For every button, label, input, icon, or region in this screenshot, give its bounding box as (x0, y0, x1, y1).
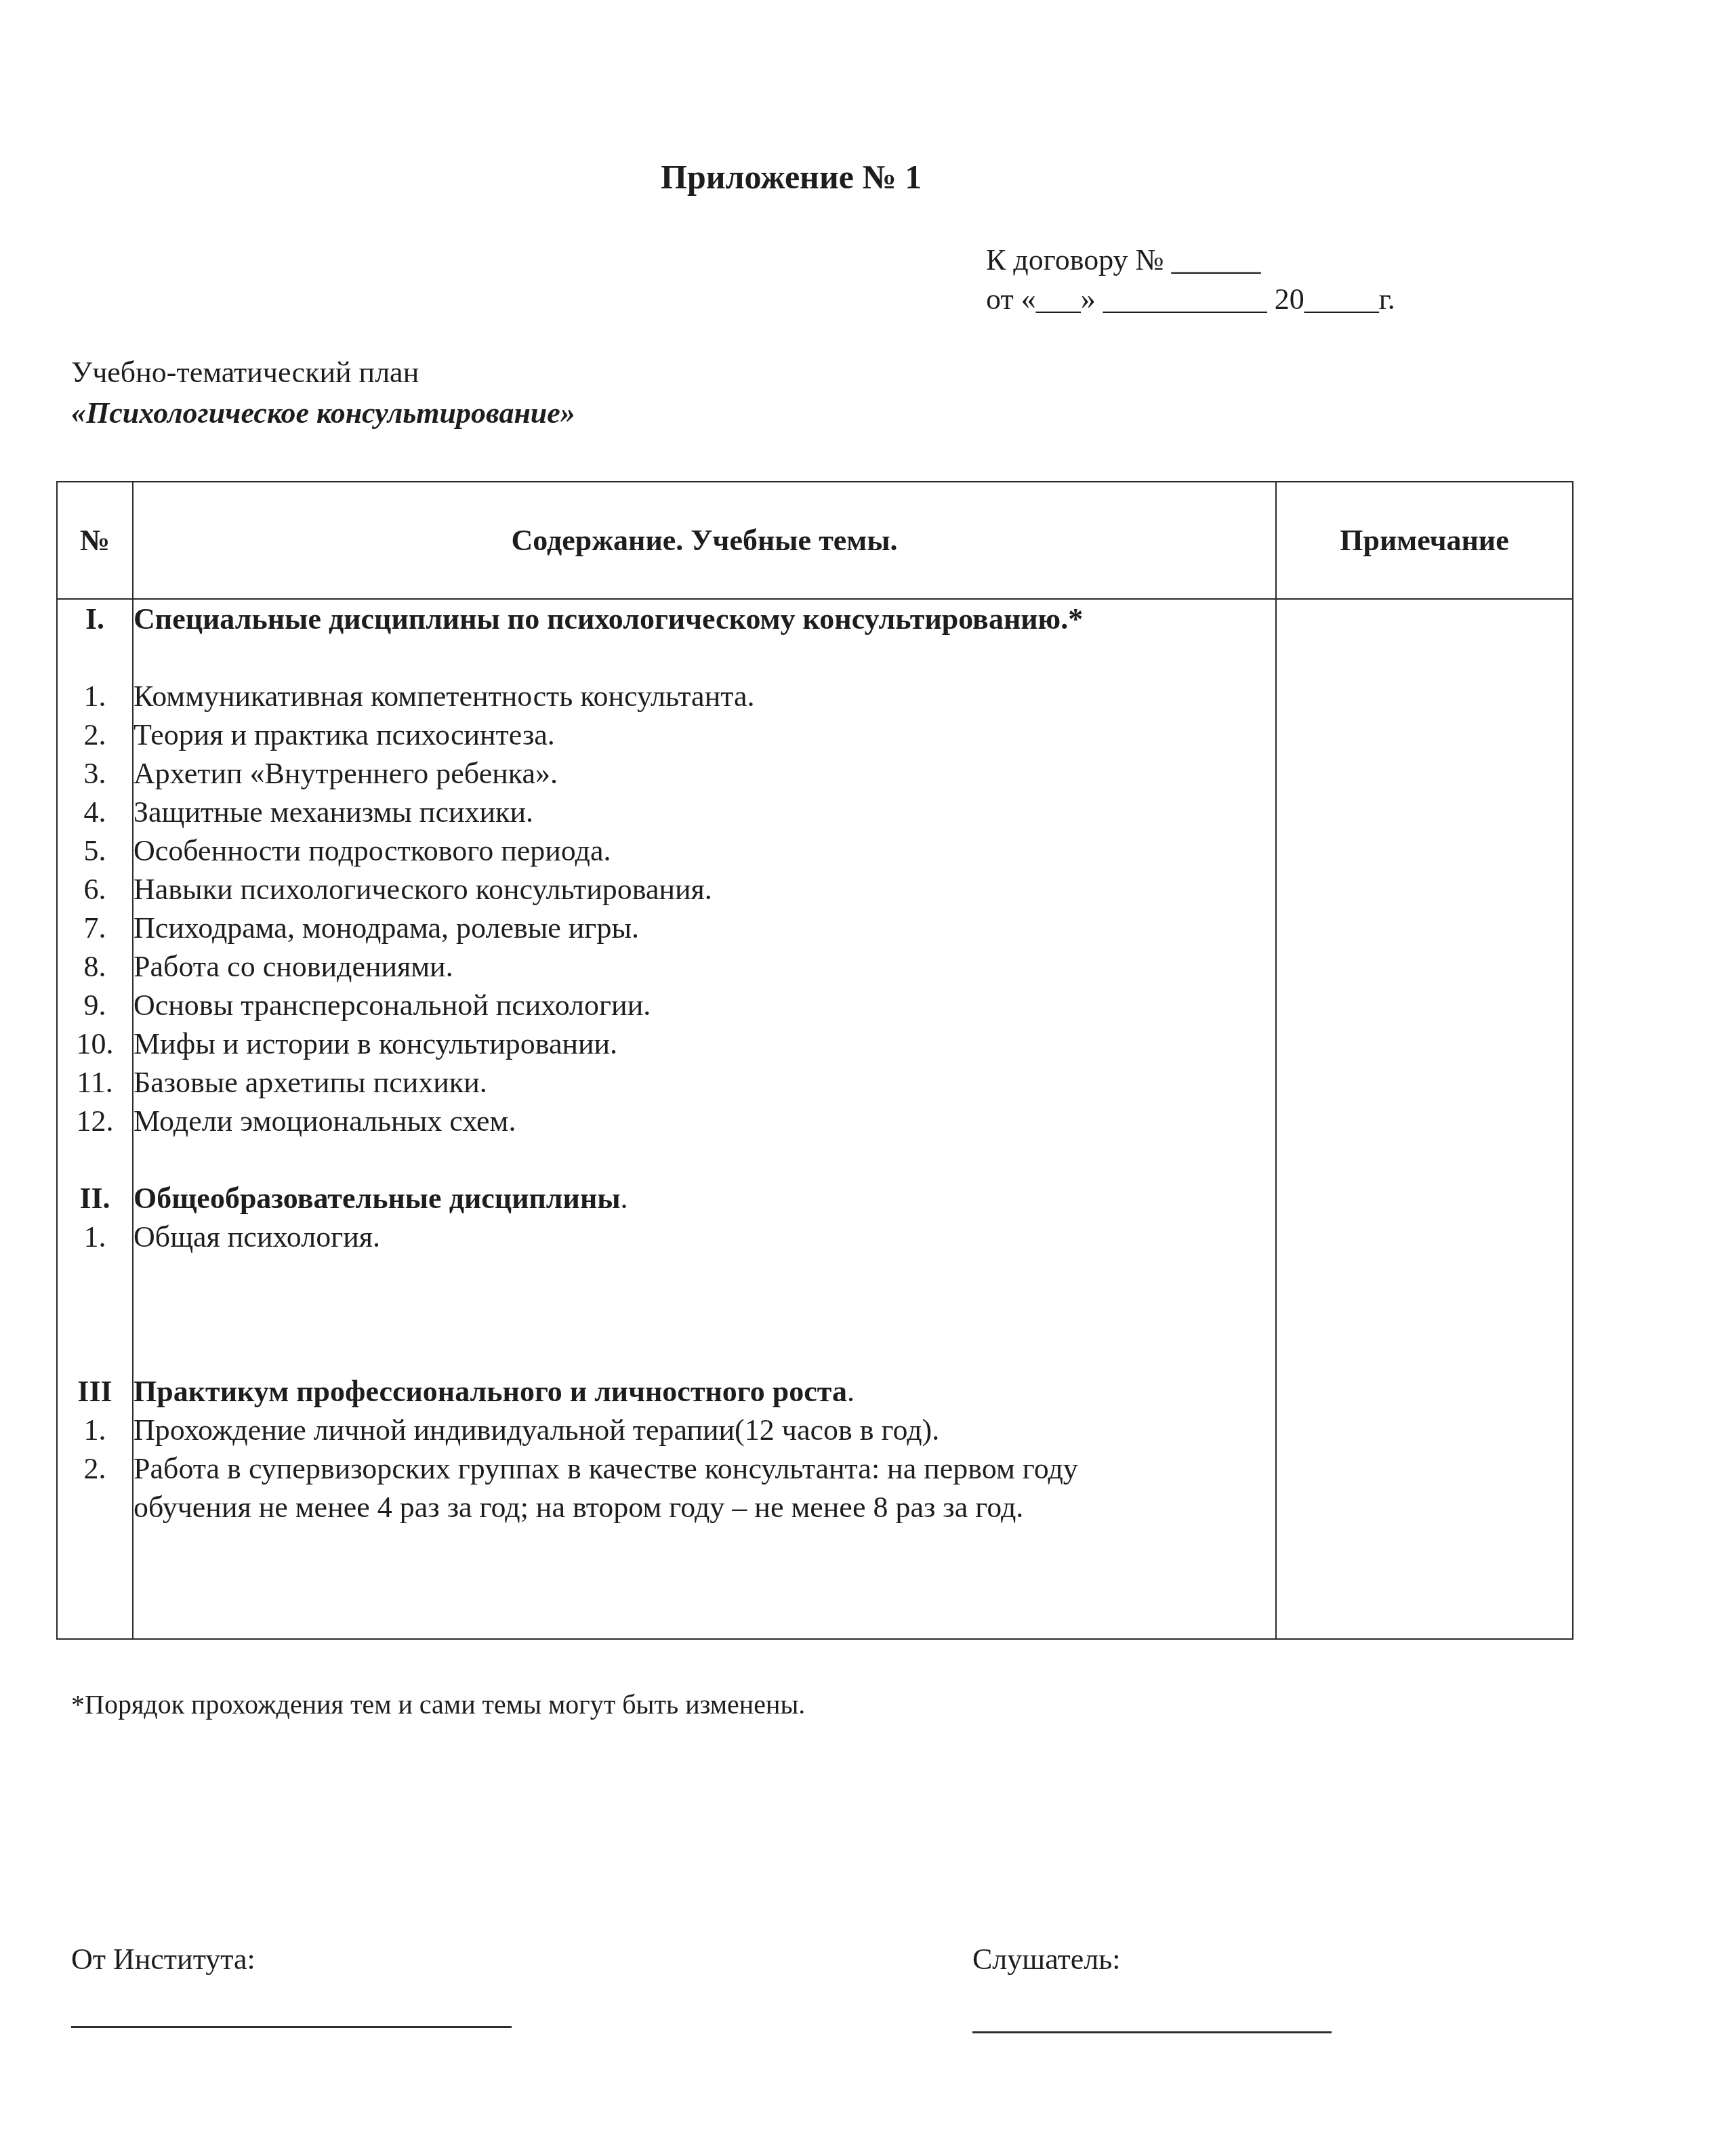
header-note: Примечание (1276, 482, 1573, 599)
item-number: 10. (58, 1024, 132, 1063)
footnote: *Порядок прохождения тем и сами темы мог… (71, 1688, 805, 1720)
header-number: № (57, 482, 133, 599)
section-heading: Общеобразовательные дисциплины. (133, 1179, 1275, 1218)
section-number: I. (58, 600, 132, 638)
topic-item: Коммуникативная компетентность консульта… (133, 677, 1275, 716)
item-number: 1. (58, 677, 132, 716)
institute-signature-line (71, 2026, 512, 2028)
topic-item: Прохождение личной индивидуальной терапи… (133, 1411, 1275, 1449)
item-number: 11. (58, 1063, 132, 1102)
student-signature-label: Слушатель: (972, 1942, 1121, 1976)
section-heading: Практикум профессионального и личностног… (133, 1372, 1275, 1411)
contract-number-line: К договору № ______ (986, 241, 1395, 280)
topic-item: Модели эмоциональных схем. (133, 1102, 1275, 1140)
document-title: Приложение № 1 (661, 157, 922, 196)
section-title: Практикум профессионального и личностног… (133, 1375, 847, 1408)
section-title-suffix: . (847, 1375, 855, 1408)
section-number: II. (58, 1179, 132, 1218)
item-number: 8. (58, 947, 132, 986)
item-number: 5. (58, 831, 132, 870)
contract-reference: К договору № ______ от «___» ___________… (986, 241, 1395, 319)
item-number: 12. (58, 1102, 132, 1140)
table-body-row: I. 1. 2. 3. 4. 5. 6. 7. 8. 9. 10. 11. 12… (57, 599, 1573, 1639)
topic-item: Психодрама, монодрама, ролевые игры. (133, 909, 1275, 947)
topic-item: Особенности подросткового периода. (133, 831, 1275, 870)
header-topics: Содержание. Учебные темы. (133, 482, 1276, 599)
item-number: 1. (58, 1411, 132, 1449)
topic-item: Базовые архетипы психики. (133, 1063, 1275, 1102)
item-number: 2. (58, 716, 132, 754)
topic-item: Работа со сновидениями. (133, 947, 1275, 986)
item-number: 1. (58, 1218, 132, 1256)
section-number: III (58, 1372, 132, 1411)
item-number: 2. (58, 1449, 132, 1488)
topic-item: Основы трансперсональной психологии. (133, 986, 1275, 1024)
note-column (1276, 599, 1573, 1639)
number-column: I. 1. 2. 3. 4. 5. 6. 7. 8. 9. 10. 11. 12… (57, 599, 133, 1639)
topic-item: Работа в супервизорских группах в качест… (133, 1449, 1275, 1488)
contract-date-line: от «___» ___________ 20_____г. (986, 280, 1395, 319)
topics-column: Специальные дисциплины по психологическо… (133, 599, 1276, 1639)
topic-item: Теория и практика психосинтеза. (133, 716, 1275, 754)
curriculum-table: № Содержание. Учебные темы. Примечание I… (56, 481, 1573, 1640)
student-signature-line (972, 2031, 1332, 2033)
section-title: Общеобразовательные дисциплины (133, 1182, 621, 1215)
plan-label: Учебно-тематический план (71, 352, 575, 393)
item-number: 4. (58, 793, 132, 831)
item-number: 6. (58, 870, 132, 909)
course-name: «Психологическое консультирование» (71, 393, 575, 434)
topic-item: Общая психология. (133, 1218, 1275, 1256)
institute-signature-label: От Института: (71, 1942, 255, 1976)
section-title: Специальные дисциплины по психологическо… (133, 600, 1275, 638)
item-number: 7. (58, 909, 132, 947)
plan-heading: Учебно-тематический план «Психологическо… (71, 352, 575, 434)
item-number: 3. (58, 754, 132, 793)
topic-item-continuation: обучения не менее 4 раз за год; на второ… (133, 1488, 1275, 1527)
section-title-suffix: . (621, 1182, 628, 1215)
topic-item: Защитные механизмы психики. (133, 793, 1275, 831)
item-number: 9. (58, 986, 132, 1024)
topic-item: Архетип «Внутреннего ребенка». (133, 754, 1275, 793)
table-header-row: № Содержание. Учебные темы. Примечание (57, 482, 1573, 599)
topic-item: Навыки психологического консультирования… (133, 870, 1275, 909)
topic-item: Мифы и истории в консультировании. (133, 1024, 1275, 1063)
